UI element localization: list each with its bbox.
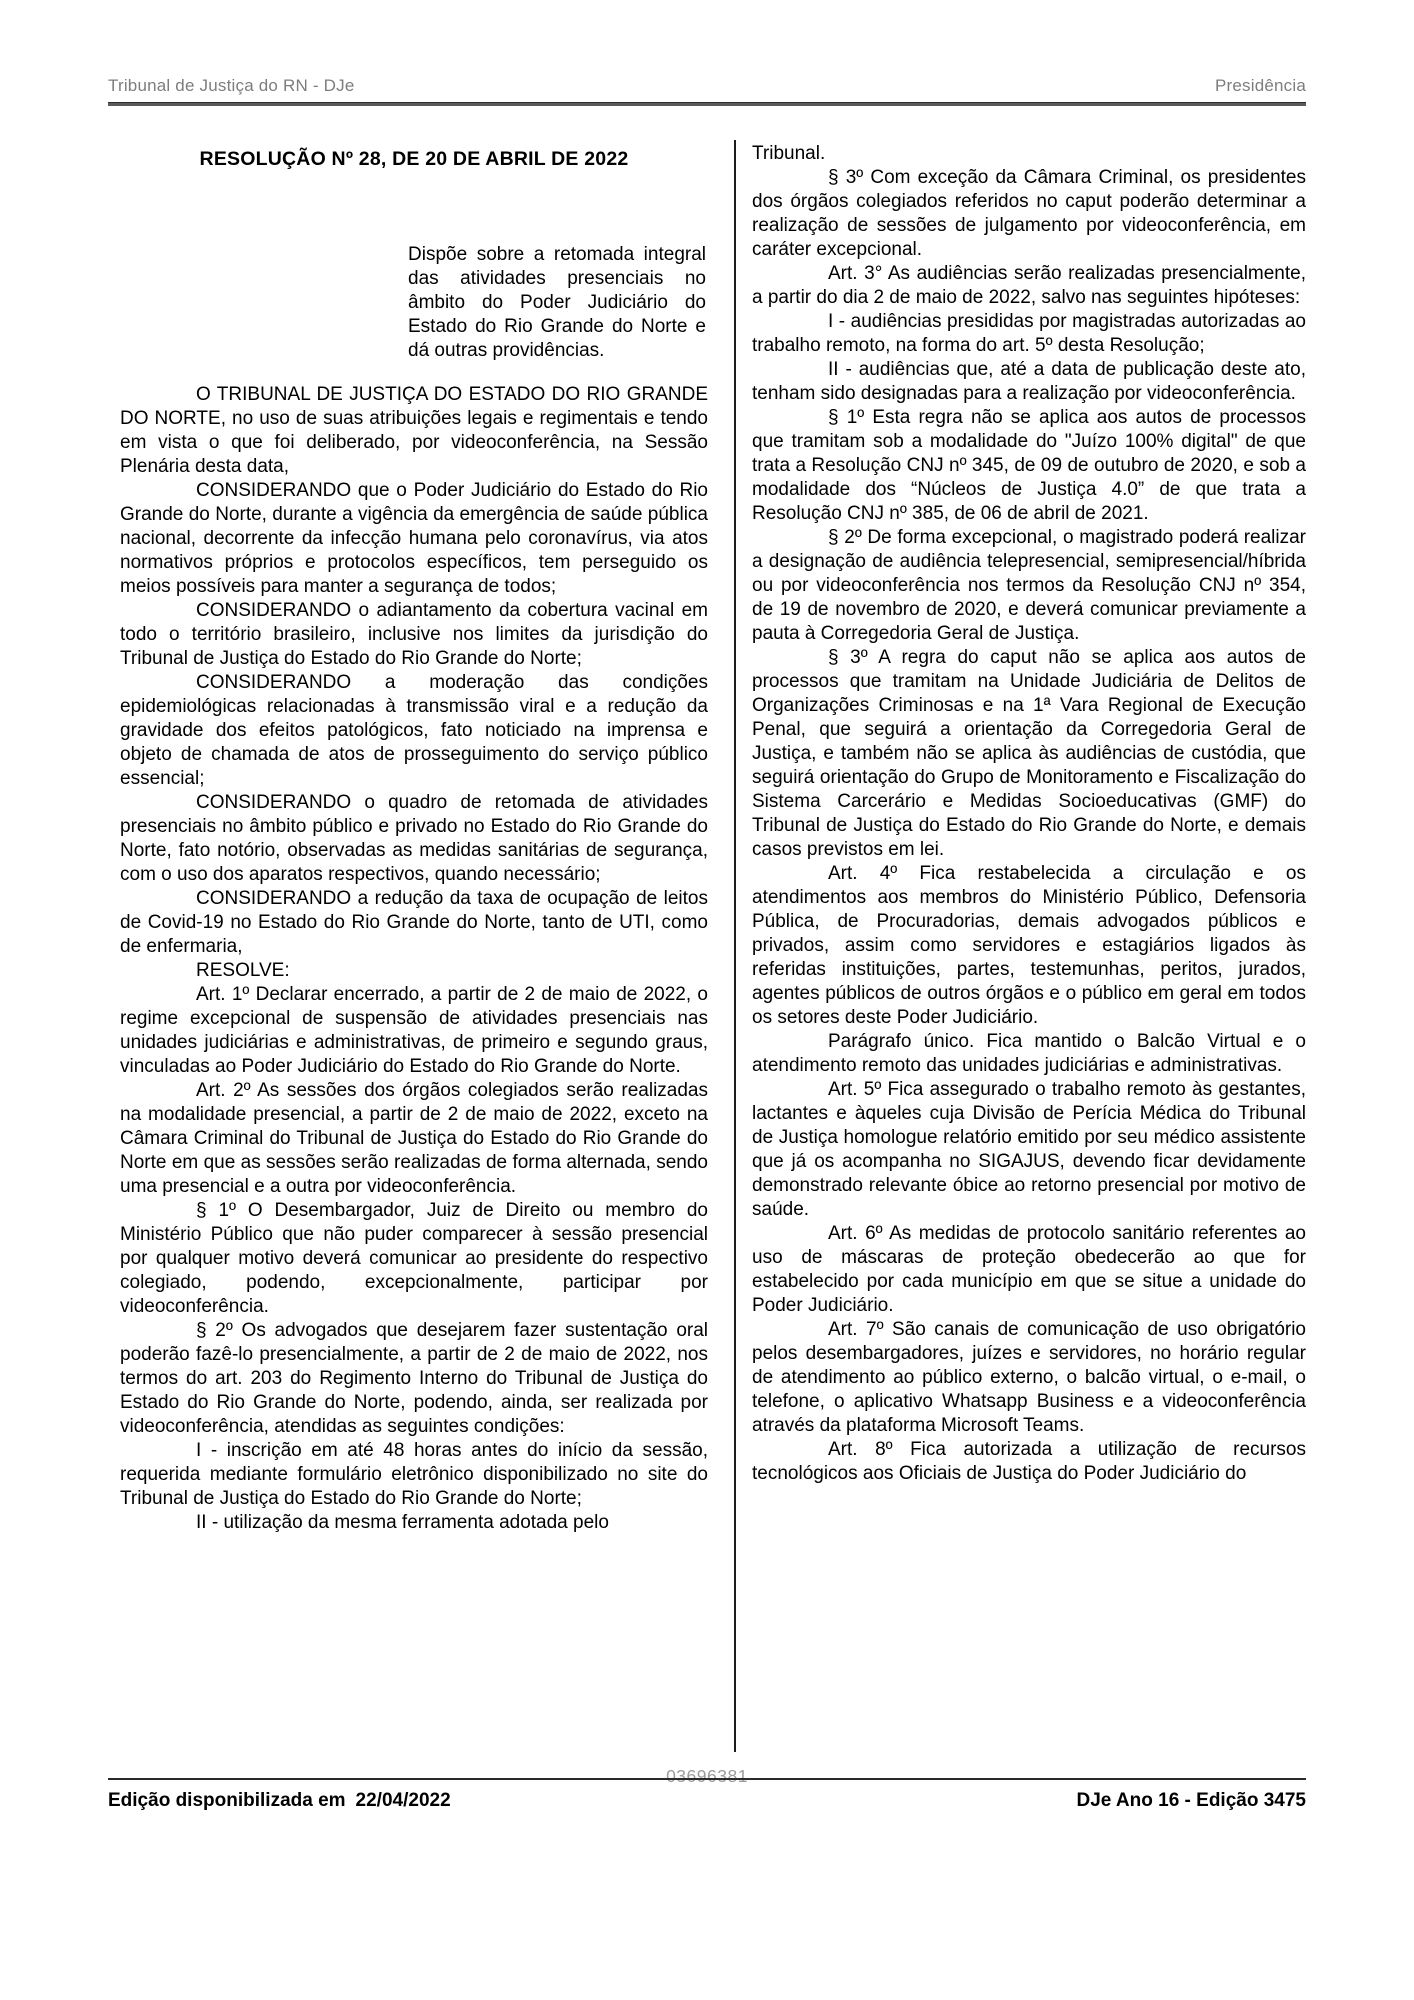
paragraph: I - inscrição em até 48 horas antes do i… (120, 1439, 708, 1511)
paragraph: I - audiências presididas por magistrada… (752, 310, 1306, 358)
footer-rule (108, 1778, 1306, 1780)
footer-edition-date-value: 22/04/2022 (356, 1790, 451, 1811)
paragraph: RESOLVE: (120, 959, 708, 983)
paragraph: § 3º Com exceção da Câmara Criminal, os … (752, 166, 1306, 262)
paragraph: Art. 8º Fica autorizada a utilização de … (752, 1438, 1306, 1486)
paragraph: CONSIDERANDO a redução da taxa de ocupaç… (120, 887, 708, 959)
footer-edition-label: Edição disponibilizada em (108, 1790, 346, 1811)
right-column-paragraphs: Tribunal.§ 3º Com exceção da Câmara Crim… (752, 142, 1306, 1486)
paragraph: § 1º Esta regra não se aplica aos autos … (752, 406, 1306, 526)
resolution-title: RESOLUÇÃO Nº 28, DE 20 DE ABRIL DE 2022 (120, 148, 708, 171)
column-divider (734, 140, 736, 1752)
paragraph: CONSIDERANDO a moderação das condições e… (120, 671, 708, 791)
paragraph: § 2º Os advogados que desejarem fazer su… (120, 1319, 708, 1439)
header-section-name: Presidência (1215, 76, 1306, 96)
paragraph: Art. 2º As sessões dos órgãos colegiados… (120, 1079, 708, 1199)
paragraph: Art. 4º Fica restabelecida a circulação … (752, 862, 1306, 1030)
left-column: RESOLUÇÃO Nº 28, DE 20 DE ABRIL DE 2022 … (120, 130, 708, 1535)
dje-document-page: Tribunal de Justiça do RN - DJe Presidên… (0, 0, 1414, 2000)
paragraph: CONSIDERANDO o adiantamento da cobertura… (120, 599, 708, 671)
paragraph: Art. 7º São canais de comunicação de uso… (752, 1318, 1306, 1438)
footer-edition-number: DJe Ano 16 - Edição 3475 (1076, 1790, 1306, 1812)
paragraph: Art. 1º Declarar encerrado, a partir de … (120, 983, 708, 1079)
paragraph: CONSIDERANDO o quadro de retomada de ati… (120, 791, 708, 887)
header-publication-name: Tribunal de Justiça do RN - DJe (108, 76, 355, 96)
document-stamp-number: 03696381 (0, 1766, 1414, 1787)
paragraph: II - audiências que, até a data de publi… (752, 358, 1306, 406)
paragraph: § 3º A regra do caput não se aplica aos … (752, 646, 1306, 862)
paragraph: Parágrafo único. Fica mantido o Balcão V… (752, 1030, 1306, 1078)
paragraph: O TRIBUNAL DE JUSTIÇA DO ESTADO DO RIO G… (120, 383, 708, 479)
paragraph: Tribunal. (752, 142, 1306, 166)
paragraph: CONSIDERANDO que o Poder Judiciário do E… (120, 479, 708, 599)
paragraph: II - utilização da mesma ferramenta adot… (120, 1511, 708, 1535)
header-rule (108, 102, 1306, 106)
footer-edition-date: Edição disponibilizada em22/04/2022 (108, 1790, 451, 1812)
right-column: Tribunal.§ 3º Com exceção da Câmara Crim… (752, 130, 1306, 1486)
left-column-paragraphs: O TRIBUNAL DE JUSTIÇA DO ESTADO DO RIO G… (120, 383, 708, 1535)
resolution-summary: Dispõe sobre a retomada integral das ati… (408, 243, 706, 363)
paragraph: Art. 6º As medidas de protocolo sanitári… (752, 1222, 1306, 1318)
paragraph: § 2º De forma excepcional, o magistrado … (752, 526, 1306, 646)
paragraph: Art. 5º Fica assegurado o trabalho remot… (752, 1078, 1306, 1222)
paragraph: Art. 3° As audiências serão realizadas p… (752, 262, 1306, 310)
paragraph: § 1º O Desembargador, Juiz de Direito ou… (120, 1199, 708, 1319)
